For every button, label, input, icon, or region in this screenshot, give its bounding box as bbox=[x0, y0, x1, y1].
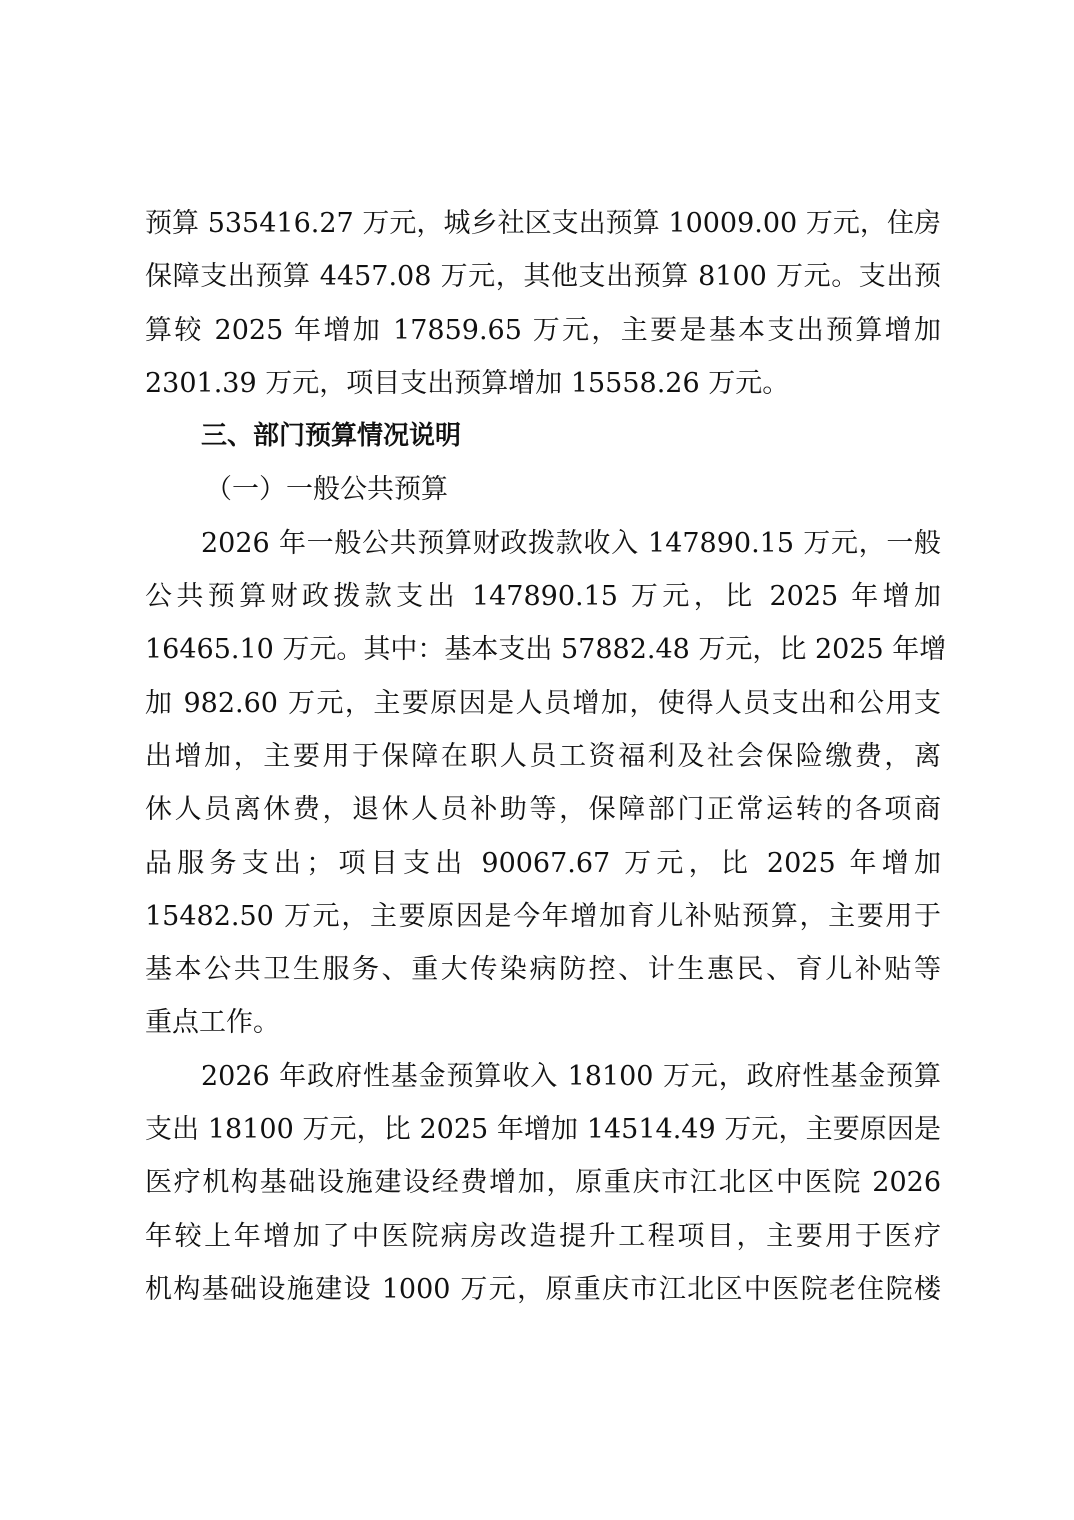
text-line: 16465.10 万元。其中：基本支出 57882.48 万元，比 2025 年… bbox=[145, 623, 941, 676]
section-heading: 三、部门预算情况说明 bbox=[145, 410, 941, 463]
subsection-heading: （一）一般公共预算 bbox=[145, 463, 941, 516]
text-line: 重点工作。 bbox=[145, 996, 941, 1049]
text-line: 出增加，主要用于保障在职人员工资福利及社会保险缴费，离 bbox=[145, 730, 941, 783]
text-line: 品服务支出；项目支出 90067.67 万元，比 2025 年增加 bbox=[145, 837, 941, 890]
text-line: 加 982.60 万元，主要原因是人员增加，使得人员支出和公用支 bbox=[145, 677, 941, 730]
document-page: 预算 535416.27 万元，城乡社区支出预算 10009.00 万元，住房 … bbox=[145, 197, 941, 1316]
text-line: 休人员离休费，退休人员补助等，保障部门正常运转的各项商 bbox=[145, 783, 941, 836]
text-line: 年较上年增加了中医院病房改造提升工程项目，主要用于医疗 bbox=[145, 1210, 941, 1263]
text-line: 15482.50 万元，主要原因是今年增加育儿补贴预算，主要用于 bbox=[145, 890, 941, 943]
text-line: 保障支出预算 4457.08 万元，其他支出预算 8100 万元。支出预 bbox=[145, 250, 941, 303]
text-line: 医疗机构基础设施建设经费增加，原重庆市江北区中医院 2026 bbox=[145, 1156, 941, 1209]
text-line: 算较 2025 年增加 17859.65 万元，主要是基本支出预算增加 bbox=[145, 304, 941, 357]
text-line: 机构基础设施建设 1000 万元，原重庆市江北区中医院老住院楼 bbox=[145, 1263, 941, 1316]
text-line: 预算 535416.27 万元，城乡社区支出预算 10009.00 万元，住房 bbox=[145, 197, 941, 250]
text-line: 2301.39 万元，项目支出预算增加 15558.26 万元。 bbox=[145, 357, 941, 410]
text-line: 支出 18100 万元，比 2025 年增加 14514.49 万元，主要原因是 bbox=[145, 1103, 941, 1156]
text-line: 2026 年政府性基金预算收入 18100 万元，政府性基金预算 bbox=[145, 1050, 941, 1103]
text-line: 2026 年一般公共预算财政拨款收入 147890.15 万元，一般 bbox=[145, 517, 941, 570]
text-line: 基本公共卫生服务、重大传染病防控、计生惠民、育儿补贴等 bbox=[145, 943, 941, 996]
text-line: 公共预算财政拨款支出 147890.15 万元，比 2025 年增加 bbox=[145, 570, 941, 623]
